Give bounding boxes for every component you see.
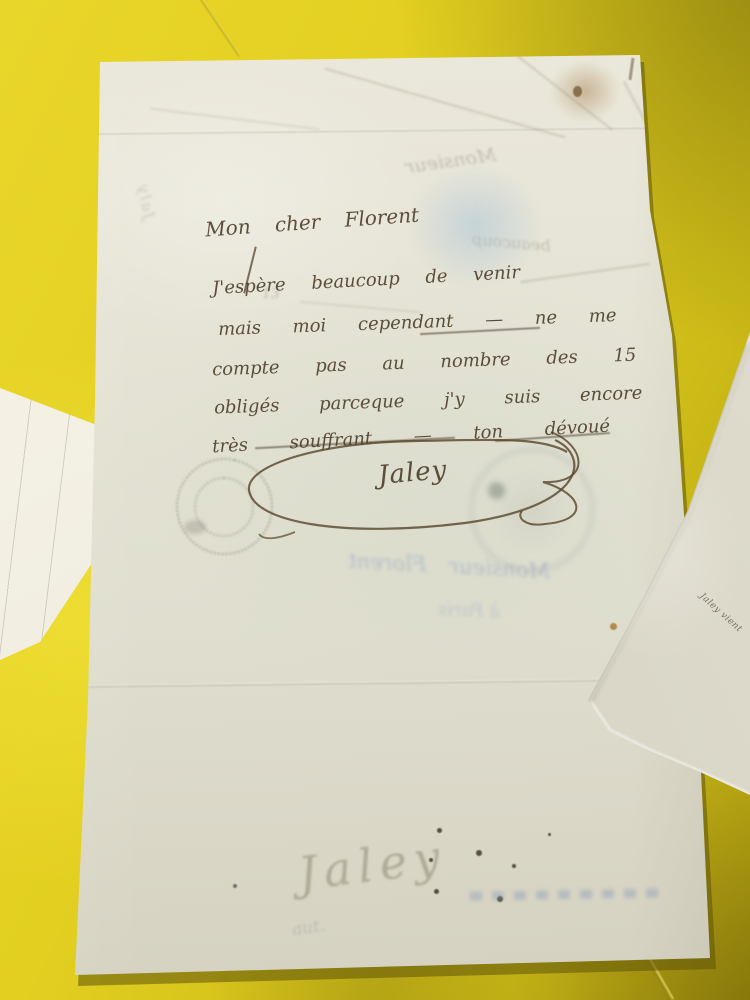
showthrough-stroke — [520, 263, 649, 283]
showthrough-stroke — [623, 81, 667, 161]
photo-of-letter: Monsieur Jaly beaucoup 13 Mon cher Flore… — [0, 0, 750, 1000]
showthrough-stroke — [151, 108, 320, 131]
ink-speck — [434, 889, 439, 894]
showthrough-stroke — [300, 301, 420, 313]
edge-stain — [628, 58, 634, 80]
showthrough-margin-word: Jaly — [134, 182, 158, 221]
ink-speck — [437, 828, 442, 833]
showthrough-address-2: à Paris — [438, 599, 501, 622]
signature-name: Jaley — [377, 455, 449, 491]
ink-speck — [476, 850, 482, 856]
ink-speck — [512, 864, 516, 868]
salutation-line: Mon cher Florent — [204, 203, 419, 242]
folder-seam-crease — [196, 0, 241, 57]
rust-speck — [610, 623, 617, 630]
body-line-1: J'espère beaucoup de venir — [212, 262, 521, 299]
pencil-inscription: Jaley — [295, 829, 449, 901]
pencil-note: aut. — [291, 916, 327, 940]
stain-dark-spot — [573, 86, 582, 97]
showthrough-print-band — [470, 888, 665, 900]
ink-speck — [429, 858, 433, 862]
postmark-smudge — [184, 520, 206, 534]
ink-speck — [548, 833, 551, 836]
fold-crease-upper — [90, 126, 650, 135]
dust-speck — [233, 884, 237, 888]
letter-sheet: Monsieur Jaly beaucoup 13 Mon cher Flore… — [0, 0, 750, 1000]
body-line-3: compte pas au nombre des 15 — [212, 345, 637, 381]
body-line-4: obligés parceque j'y suis encore — [214, 383, 643, 419]
